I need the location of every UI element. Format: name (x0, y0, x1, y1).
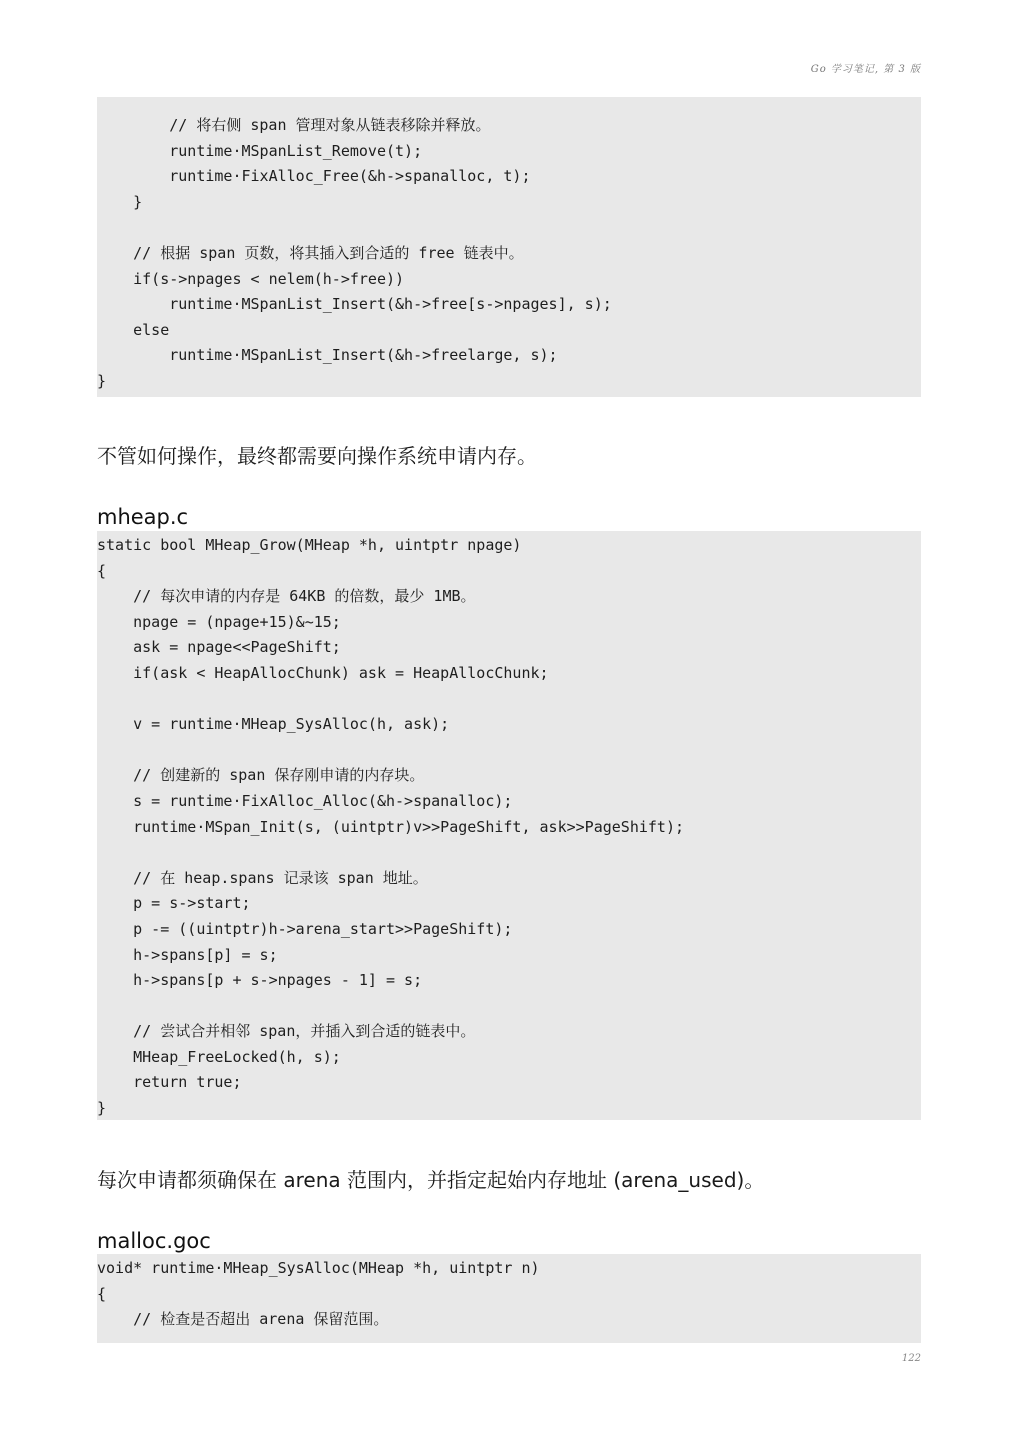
code-line: ask = npage<<PageShift; (97, 635, 921, 661)
code-line (97, 215, 921, 241)
paragraph-os-memory: 不管如何操作，最终都需要向操作系统申请内存。 (97, 440, 537, 469)
code-line: void* runtime·MHeap_SysAlloc(MHeap *h, u… (97, 1256, 921, 1282)
code-comment: // 尝试合并相邻 span，并插入到合适的链表中。 (97, 1019, 921, 1045)
code-line: v = runtime·MHeap_SysAlloc(h, ask); (97, 712, 921, 738)
code-comment: // 在 heap.spans 记录该 span 地址。 (97, 866, 921, 892)
code-line: runtime·FixAlloc_Free(&h->spanalloc, t); (97, 164, 921, 190)
code-line: s = runtime·FixAlloc_Alloc(&h->spanalloc… (97, 789, 921, 815)
code-line: p -= ((uintptr)h->arena_start>>PageShift… (97, 917, 921, 943)
page-number: 122 (902, 1353, 921, 1364)
code-line: } (97, 190, 921, 216)
code-line: if(ask < HeapAllocChunk) ask = HeapAlloc… (97, 661, 921, 687)
code-comment: // 将右侧 span 管理对象从链表移除并释放。 (97, 113, 921, 139)
code-line: } (97, 369, 921, 395)
code-line: MHeap_FreeLocked(h, s); (97, 1045, 921, 1071)
code-line: else (97, 318, 921, 344)
code-line (97, 840, 921, 866)
code-line (97, 687, 921, 713)
code-block-mheap-sysalloc: void* runtime·MHeap_SysAlloc(MHeap *h, u… (97, 1254, 921, 1343)
code-line: return true; (97, 1070, 921, 1096)
code-line (97, 105, 921, 113)
code-line: h->spans[p + s->npages - 1] = s; (97, 968, 921, 994)
running-header: Go 学习笔记, 第 3 版 (811, 60, 921, 75)
code-comment: // 创建新的 span 保存刚申请的内存块。 (97, 763, 921, 789)
code-comment: // 每次申请的内存是 64KB 的倍数，最少 1MB。 (97, 584, 921, 610)
code-line: npage = (npage+15)&~15; (97, 610, 921, 636)
code-line: static bool MHeap_Grow(MHeap *h, uintptr… (97, 533, 921, 559)
code-block-mheap-grow: static bool MHeap_Grow(MHeap *h, uintptr… (97, 531, 921, 1120)
code-line (97, 738, 921, 764)
code-line: runtime·MSpanList_Insert(&h->freelarge, … (97, 343, 921, 369)
code-line: runtime·MSpanList_Insert(&h->free[s->npa… (97, 292, 921, 318)
code-comment: // 根据 span 页数，将其插入到合适的 free 链表中。 (97, 241, 921, 267)
code-line: runtime·MSpan_Init(s, (uintptr)v>>PageSh… (97, 815, 921, 841)
code-line: } (97, 1096, 921, 1122)
code-line: { (97, 559, 921, 585)
code-line: runtime·MSpanList_Remove(t); (97, 139, 921, 165)
code-block-mheap-freelocked-tail: // 将右侧 span 管理对象从链表移除并释放。 runtime·MSpanL… (97, 97, 921, 397)
file-heading-mheap-c: mheap.c (97, 505, 188, 529)
paragraph-arena-range: 每次申请都须确保在 arena 范围内，并指定起始内存地址 (arena_use… (97, 1164, 764, 1193)
code-line: p = s->start; (97, 891, 921, 917)
code-line: h->spans[p] = s; (97, 943, 921, 969)
code-comment: // 检查是否超出 arena 保留范围。 (97, 1307, 921, 1333)
code-line (97, 994, 921, 1020)
code-line: if(s->npages < nelem(h->free)) (97, 267, 921, 293)
file-heading-malloc-goc: malloc.goc (97, 1229, 211, 1253)
code-line: { (97, 1282, 921, 1308)
